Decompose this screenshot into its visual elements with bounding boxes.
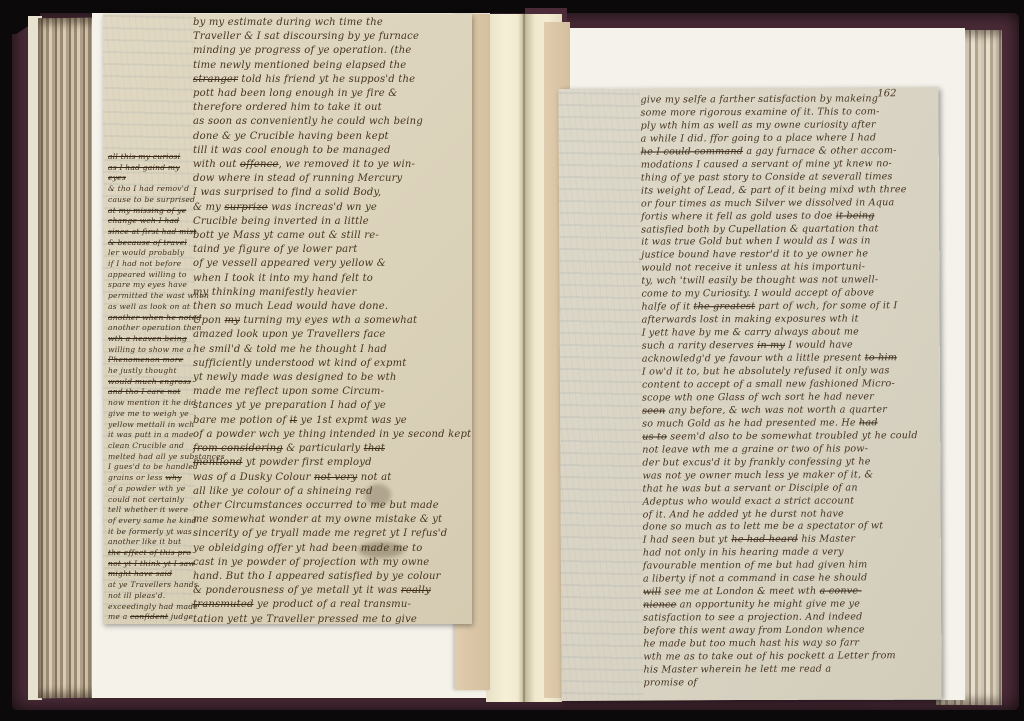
manuscript-line: mentiond yt powder first employd	[193, 456, 471, 470]
manuscript-line: till it was cool enough to be managed	[193, 144, 471, 158]
manuscript-line: made me reflect upon some Circum-	[193, 385, 471, 399]
manuscript-line: minding ye progress of ye operation. (th…	[193, 44, 471, 58]
left-manuscript-text: by my estimate during wch time theTravel…	[193, 16, 471, 624]
manuscript-line: Crucible being inverted in a little	[193, 215, 471, 229]
manuscript-line: yt newly made was designed to be wth	[193, 371, 471, 385]
manuscript-line: sufficiently understood wt kind of expmt	[193, 357, 471, 371]
manuscript-line: all like ye colour of a shineing red	[193, 485, 471, 499]
manuscript-line: wth me as to take out of his pockett a L…	[643, 650, 940, 665]
manuscript-line: & my surprize was increas'd wn ye	[193, 201, 471, 215]
manuscript-line: us to seem'd also to be somewhat trouble…	[642, 430, 939, 445]
manuscript-line: done & ye Crucible having been kept	[193, 130, 471, 144]
manuscript-line: I was surprised to find a solid Body,	[193, 186, 471, 200]
right-manuscript-text: give my selfe a farther satisfaction by …	[640, 93, 940, 690]
manuscript-line: transmuted ye product of a real transmu-	[193, 598, 471, 612]
manuscript-line: or four times as much Silver we dissolve…	[641, 197, 938, 212]
manuscript-line: sincerity of ye tryall made me regret yt…	[193, 527, 471, 541]
manuscript-line: hand. But tho I appeared satisfied by ye…	[193, 570, 471, 584]
manuscript-line: & ponderousness of ye metall yt it was r…	[193, 584, 471, 598]
manuscript-line: amazed look upon ye Travellers face	[193, 328, 471, 342]
manuscript-line: stances yt ye preparation I had of ye	[193, 399, 471, 413]
manuscript-line: acknowledg'd ye favour wth a little pres…	[642, 352, 939, 367]
manuscript-line: bare me potion of it ye 1st expmt was ye	[193, 414, 471, 428]
manuscript-line: cast in ye powder of projection wth my o…	[193, 556, 471, 570]
manuscript-line: by my estimate during wch time the	[193, 16, 471, 30]
manuscript-line: tation yett ye Traveller pressed me to g…	[193, 613, 471, 624]
manuscript-line: was of a Dusky Colour not very not at	[193, 471, 471, 485]
manuscript-line: as soon as conveniently he could wch bei…	[193, 115, 471, 129]
manuscript-line: pott had been long enough in ye fire &	[193, 87, 471, 101]
manuscript-line: promise of	[643, 676, 940, 691]
manuscript-line: my thinking manifestly heavier	[193, 286, 471, 300]
right-sheet-bleedthrough	[558, 89, 643, 701]
manuscript-line: Upon my turning my eyes wth a somewhat	[193, 314, 471, 328]
manuscript-line: he I could command a gay furnace & other…	[641, 145, 938, 160]
manuscript-line: taind ye figure of ye lower part	[193, 243, 471, 257]
manuscript-line: of a powder wch ye thing intended in ye …	[193, 428, 471, 442]
manuscript-line: time newly mentioned being elapsed the	[193, 59, 471, 73]
right-manuscript-sheet: 162 give my selfe a farther satisfaction…	[558, 87, 941, 701]
manuscript-line: when I took it into my hand felt to	[193, 272, 471, 286]
manuscript-line: other Circumstances occurred to me but m…	[193, 499, 471, 513]
manuscript-line: ye obleidging offer yt had been made me …	[193, 542, 471, 556]
manuscript-line: he smil'd & told me he thought I had	[193, 343, 471, 357]
manuscript-line: bott ye Mass yt came out & still re-	[193, 229, 471, 243]
manuscript-line: halfe of it the greatest part of wch, fo…	[642, 300, 939, 315]
manuscript-line: from considering & particularly that	[193, 442, 471, 456]
manuscript-line: then so much Lead would have done.	[193, 300, 471, 314]
manuscript-line: Traveller & I sat discoursing by ye furn…	[193, 30, 471, 44]
manuscript-line: with out offence, we removed it to ye wi…	[193, 158, 471, 172]
manuscript-line: me somewhat wonder at my owne mistake & …	[193, 513, 471, 527]
left-manuscript-sheet: all this my curiosias I had gaind myeyes…	[103, 14, 472, 624]
manuscript-line: therefore ordered him to take it out	[193, 101, 471, 115]
manuscript-line: stranger told his friend yt he suppos'd …	[193, 73, 471, 87]
manuscript-line: dow where in stead of running Mercury	[193, 172, 471, 186]
left-page-edges-texture	[38, 18, 95, 698]
manuscript-line: of ye vessell appeared very yellow &	[193, 257, 471, 271]
manuscript-line: content to accept of a small new fashion…	[642, 378, 939, 393]
